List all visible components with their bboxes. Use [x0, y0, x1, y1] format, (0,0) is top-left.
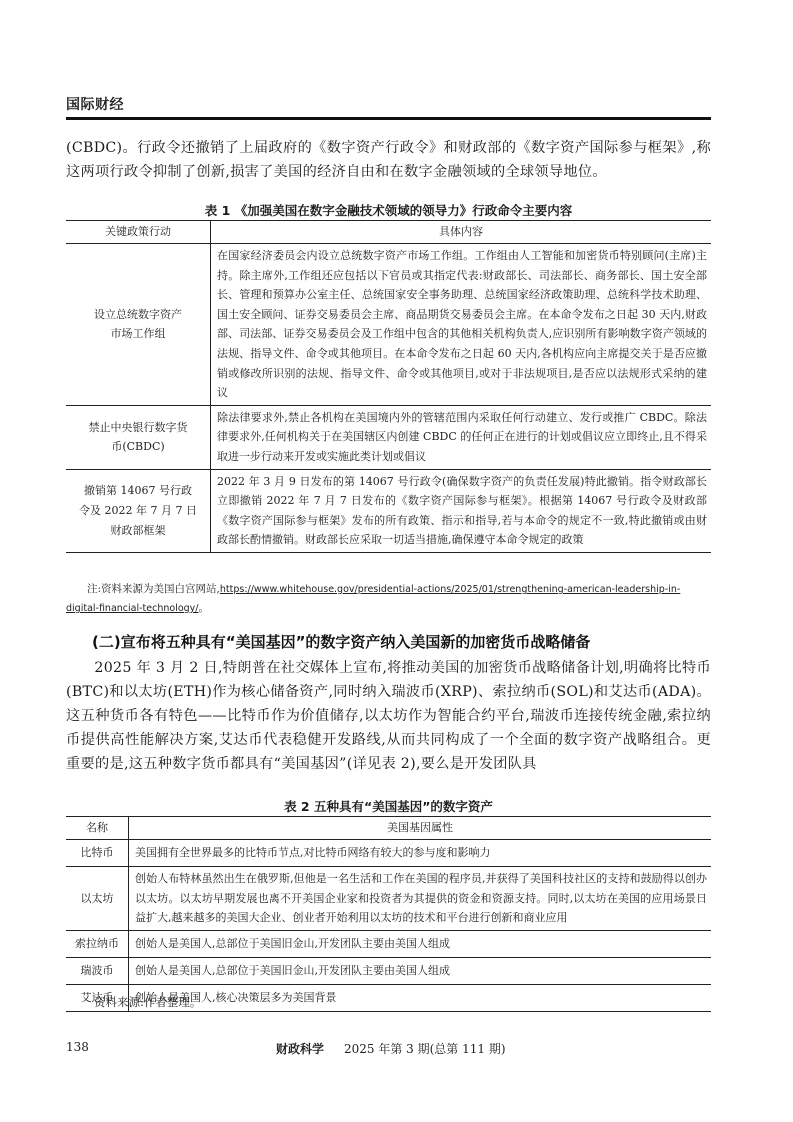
page-number: 138: [66, 1040, 89, 1054]
table1-cell-content: 除法律要求外,禁止各机构在美国境内外的管辖范围内采取任何行动建立、发行或推广 C…: [211, 405, 712, 469]
table2-cell-name: 索拉纳币: [66, 930, 129, 957]
header-rule: [66, 117, 711, 120]
table-row: 设立总统数字资产市场工作组 在国家经济委员会内设立总统数字资产市场工作组。工作组…: [66, 244, 711, 406]
table2-cell-attr: 创始人布特林虽然出生在俄罗斯,但他是一名生活和工作在美国的程序员,并获得了美国科…: [129, 867, 712, 931]
table2-header-row: 名称 美国基因属性: [66, 817, 711, 840]
table1-cell-content: 在国家经济委员会内设立总统数字资产市场工作组。工作组由人工智能和加密货币特别顾问…: [211, 244, 712, 406]
table-row: 以太坊 创始人布特林虽然出生在俄罗斯,但他是一名生活和工作在美国的程序员,并获得…: [66, 867, 711, 931]
table-row: 瑞波币 创始人是美国人,总部位于美国旧金山,开发团队主要由美国人组成: [66, 957, 711, 984]
table2-cell-attr: 创始人是美国人,核心决策层多为美国背景: [129, 984, 712, 1011]
paragraph-continued: (CBDC)。行政令还撤销了上届政府的《数字资产行政令》和财政部的《数字资产国际…: [66, 136, 711, 184]
table2-cell-attr: 美国拥有全世界最多的比特币节点,对比特币网络有较大的参与度和影响力: [129, 840, 712, 867]
running-head-section: 国际财经: [66, 94, 124, 114]
table2: 名称 美国基因属性 比特币 美国拥有全世界最多的比特币节点,对比特币网络有较大的…: [66, 816, 711, 1012]
table1-header-content: 具体内容: [211, 221, 712, 244]
table2-cell-attr: 创始人是美国人,总部位于美国旧金山,开发团队主要由美国人组成: [129, 957, 712, 984]
cell-text: 禁止中央银行数字货币(CBDC): [88, 418, 188, 457]
journal-name: 财政科学: [276, 1040, 324, 1057]
table2-header-name: 名称: [66, 817, 129, 840]
table1-title: 表 1 《加强美国在数字金融技术领域的领导力》行政命令主要内容: [66, 201, 711, 219]
table2-cell-attr: 创始人是美国人,总部位于美国旧金山,开发团队主要由美国人组成: [129, 930, 712, 957]
journal-issue: 2025 年第 3 期(总第 111 期): [344, 1040, 506, 1057]
table2-source: 资料来源:作者整理。: [94, 994, 201, 1010]
table2-title: 表 2 五种具有“美国基因”的数字资产: [66, 797, 711, 815]
table1-note: 注:资料来源为美国白宫网站,https://www.whitehouse.gov…: [66, 580, 711, 618]
table1-header-row: 关键政策行动 具体内容: [66, 221, 711, 244]
table2-header-attr: 美国基因属性: [129, 817, 712, 840]
table-row: 撤销第 14067 号行政令及 2022 年 7 月 7 日财政部框架 2022…: [66, 469, 711, 552]
paragraph-body: 2025 年 3 月 2 日,特朗普在社交媒体上宣布,将推动美国的加密货币战略储…: [66, 656, 711, 776]
table-row: 索拉纳币 创始人是美国人,总部位于美国旧金山,开发团队主要由美国人组成: [66, 930, 711, 957]
table-row: 比特币 美国拥有全世界最多的比特币节点,对比特币网络有较大的参与度和影响力: [66, 840, 711, 867]
table1: 关键政策行动 具体内容 设立总统数字资产市场工作组 在国家经济委员会内设立总统数…: [66, 220, 711, 553]
section-heading: (二)宣布将五种具有“美国基因”的数字资产纳入美国新的加密货币战略储备: [92, 631, 590, 652]
note-suffix: 。: [199, 602, 210, 614]
table1-cell-action: 撤销第 14067 号行政令及 2022 年 7 月 7 日财政部框架: [66, 469, 211, 552]
cell-text: 撤销第 14067 号行政令及 2022 年 7 月 7 日财政部框架: [79, 481, 197, 540]
table1-cell-content: 2022 年 3 月 9 日发布的第 14067 号行政令(确保数字资产的负责任…: [211, 469, 712, 552]
table2-cell-name: 以太坊: [66, 867, 129, 931]
table2-cell-name: 比特币: [66, 840, 129, 867]
cell-text: 设立总统数字资产市场工作组: [94, 305, 182, 344]
note-prefix: 注:资料来源为美国白宫网站,: [87, 583, 220, 595]
table2-cell-name: 瑞波币: [66, 957, 129, 984]
table1-header-action: 关键政策行动: [66, 221, 211, 244]
table-row: 禁止中央银行数字货币(CBDC) 除法律要求外,禁止各机构在美国境内外的管辖范围…: [66, 405, 711, 469]
table1-cell-action: 禁止中央银行数字货币(CBDC): [66, 405, 211, 469]
table1-cell-action: 设立总统数字资产市场工作组: [66, 244, 211, 406]
